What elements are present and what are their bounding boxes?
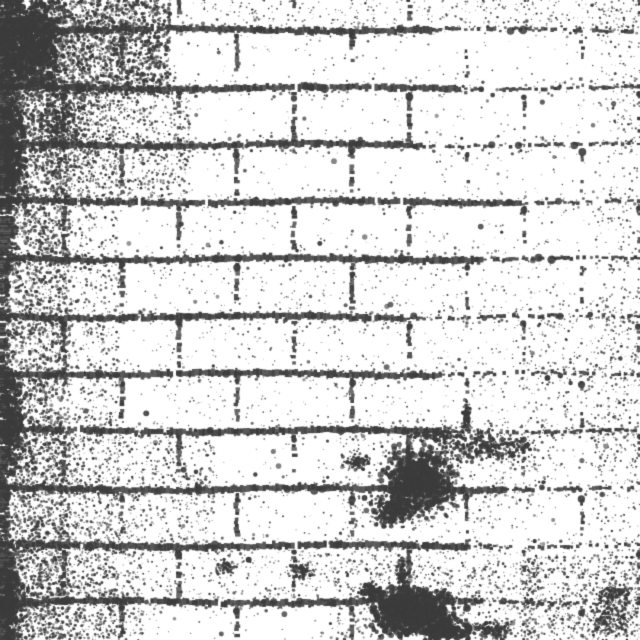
brick-wall-texture [0,0,640,640]
texture-canvas [0,0,640,640]
